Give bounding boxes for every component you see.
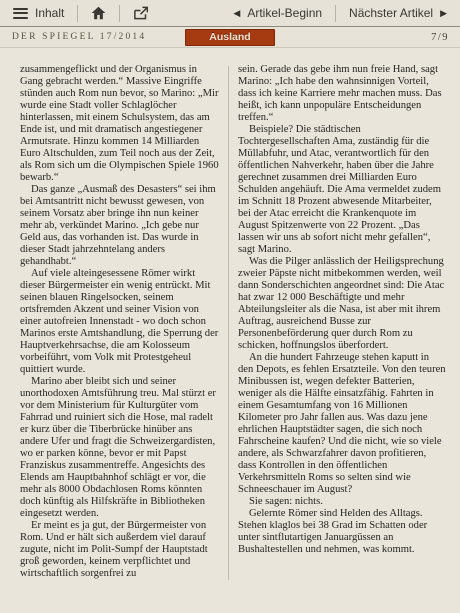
ereader-page: { "toolbar": { "contents_label": "Inhalt… [0, 0, 460, 613]
issue-header: DER SPIEGEL 17/2014 Ausland 7/9 [0, 27, 460, 48]
paragraph: sein. Gerade das gebe ihm nun freie Hand… [238, 64, 446, 124]
paragraph: Auf viele alteingesessene Römer wirkt di… [20, 268, 219, 376]
share-button[interactable] [120, 0, 161, 26]
section-badge: Ausland [185, 29, 275, 46]
paragraph: Gelernte Römer sind Helden des Alltags. … [238, 508, 446, 556]
article-body: zusammengeflickt und der Organismus in G… [0, 48, 460, 580]
article-begin-label: Artikel-Beginn [247, 6, 322, 20]
home-icon [91, 6, 106, 20]
contents-button[interactable]: Inhalt [0, 0, 77, 26]
next-triangle-icon: ▶ [440, 9, 447, 18]
magazine-issue-label: DER SPIEGEL 17/2014 [0, 32, 146, 42]
share-icon [133, 6, 148, 20]
next-article-button[interactable]: Nächster Artikel ▶ [336, 0, 460, 26]
column-divider [228, 66, 229, 580]
home-button[interactable] [78, 0, 119, 26]
paragraph: Beispiele? Die städtischen Tochtergesell… [238, 124, 446, 256]
paragraph: Sie sagen: nichts. [238, 496, 446, 508]
next-article-label: Nächster Artikel [349, 6, 433, 20]
paragraph: Marino aber bleibt sich und seiner unort… [20, 376, 219, 520]
page-indicator: 7/9 [431, 32, 460, 43]
contents-label: Inhalt [35, 6, 64, 20]
article-column-left: zusammengeflickt und der Organismus in G… [20, 64, 219, 580]
paragraph: Was die Pilger anlässlich der Heiligspre… [238, 256, 446, 352]
paragraph: Das ganze „Ausmaß des Desasters“ sei ihm… [20, 184, 219, 268]
paragraph: Er meint es ja gut, der Bürgermeister vo… [20, 520, 219, 580]
previous-triangle-icon: ◀ [233, 9, 240, 18]
hamburger-icon [13, 5, 28, 21]
paragraph: An die hundert Fahrzeuge stehen kaputt i… [238, 352, 446, 496]
article-column-right: sein. Gerade das gebe ihm nun freie Hand… [238, 64, 446, 580]
top-toolbar: Inhalt ◀ Artikel-Beginn Nächster Artikel… [0, 0, 460, 27]
paragraph: zusammengeflickt und der Organismus in G… [20, 64, 219, 184]
article-begin-button[interactable]: ◀ Artikel-Beginn [220, 0, 335, 26]
